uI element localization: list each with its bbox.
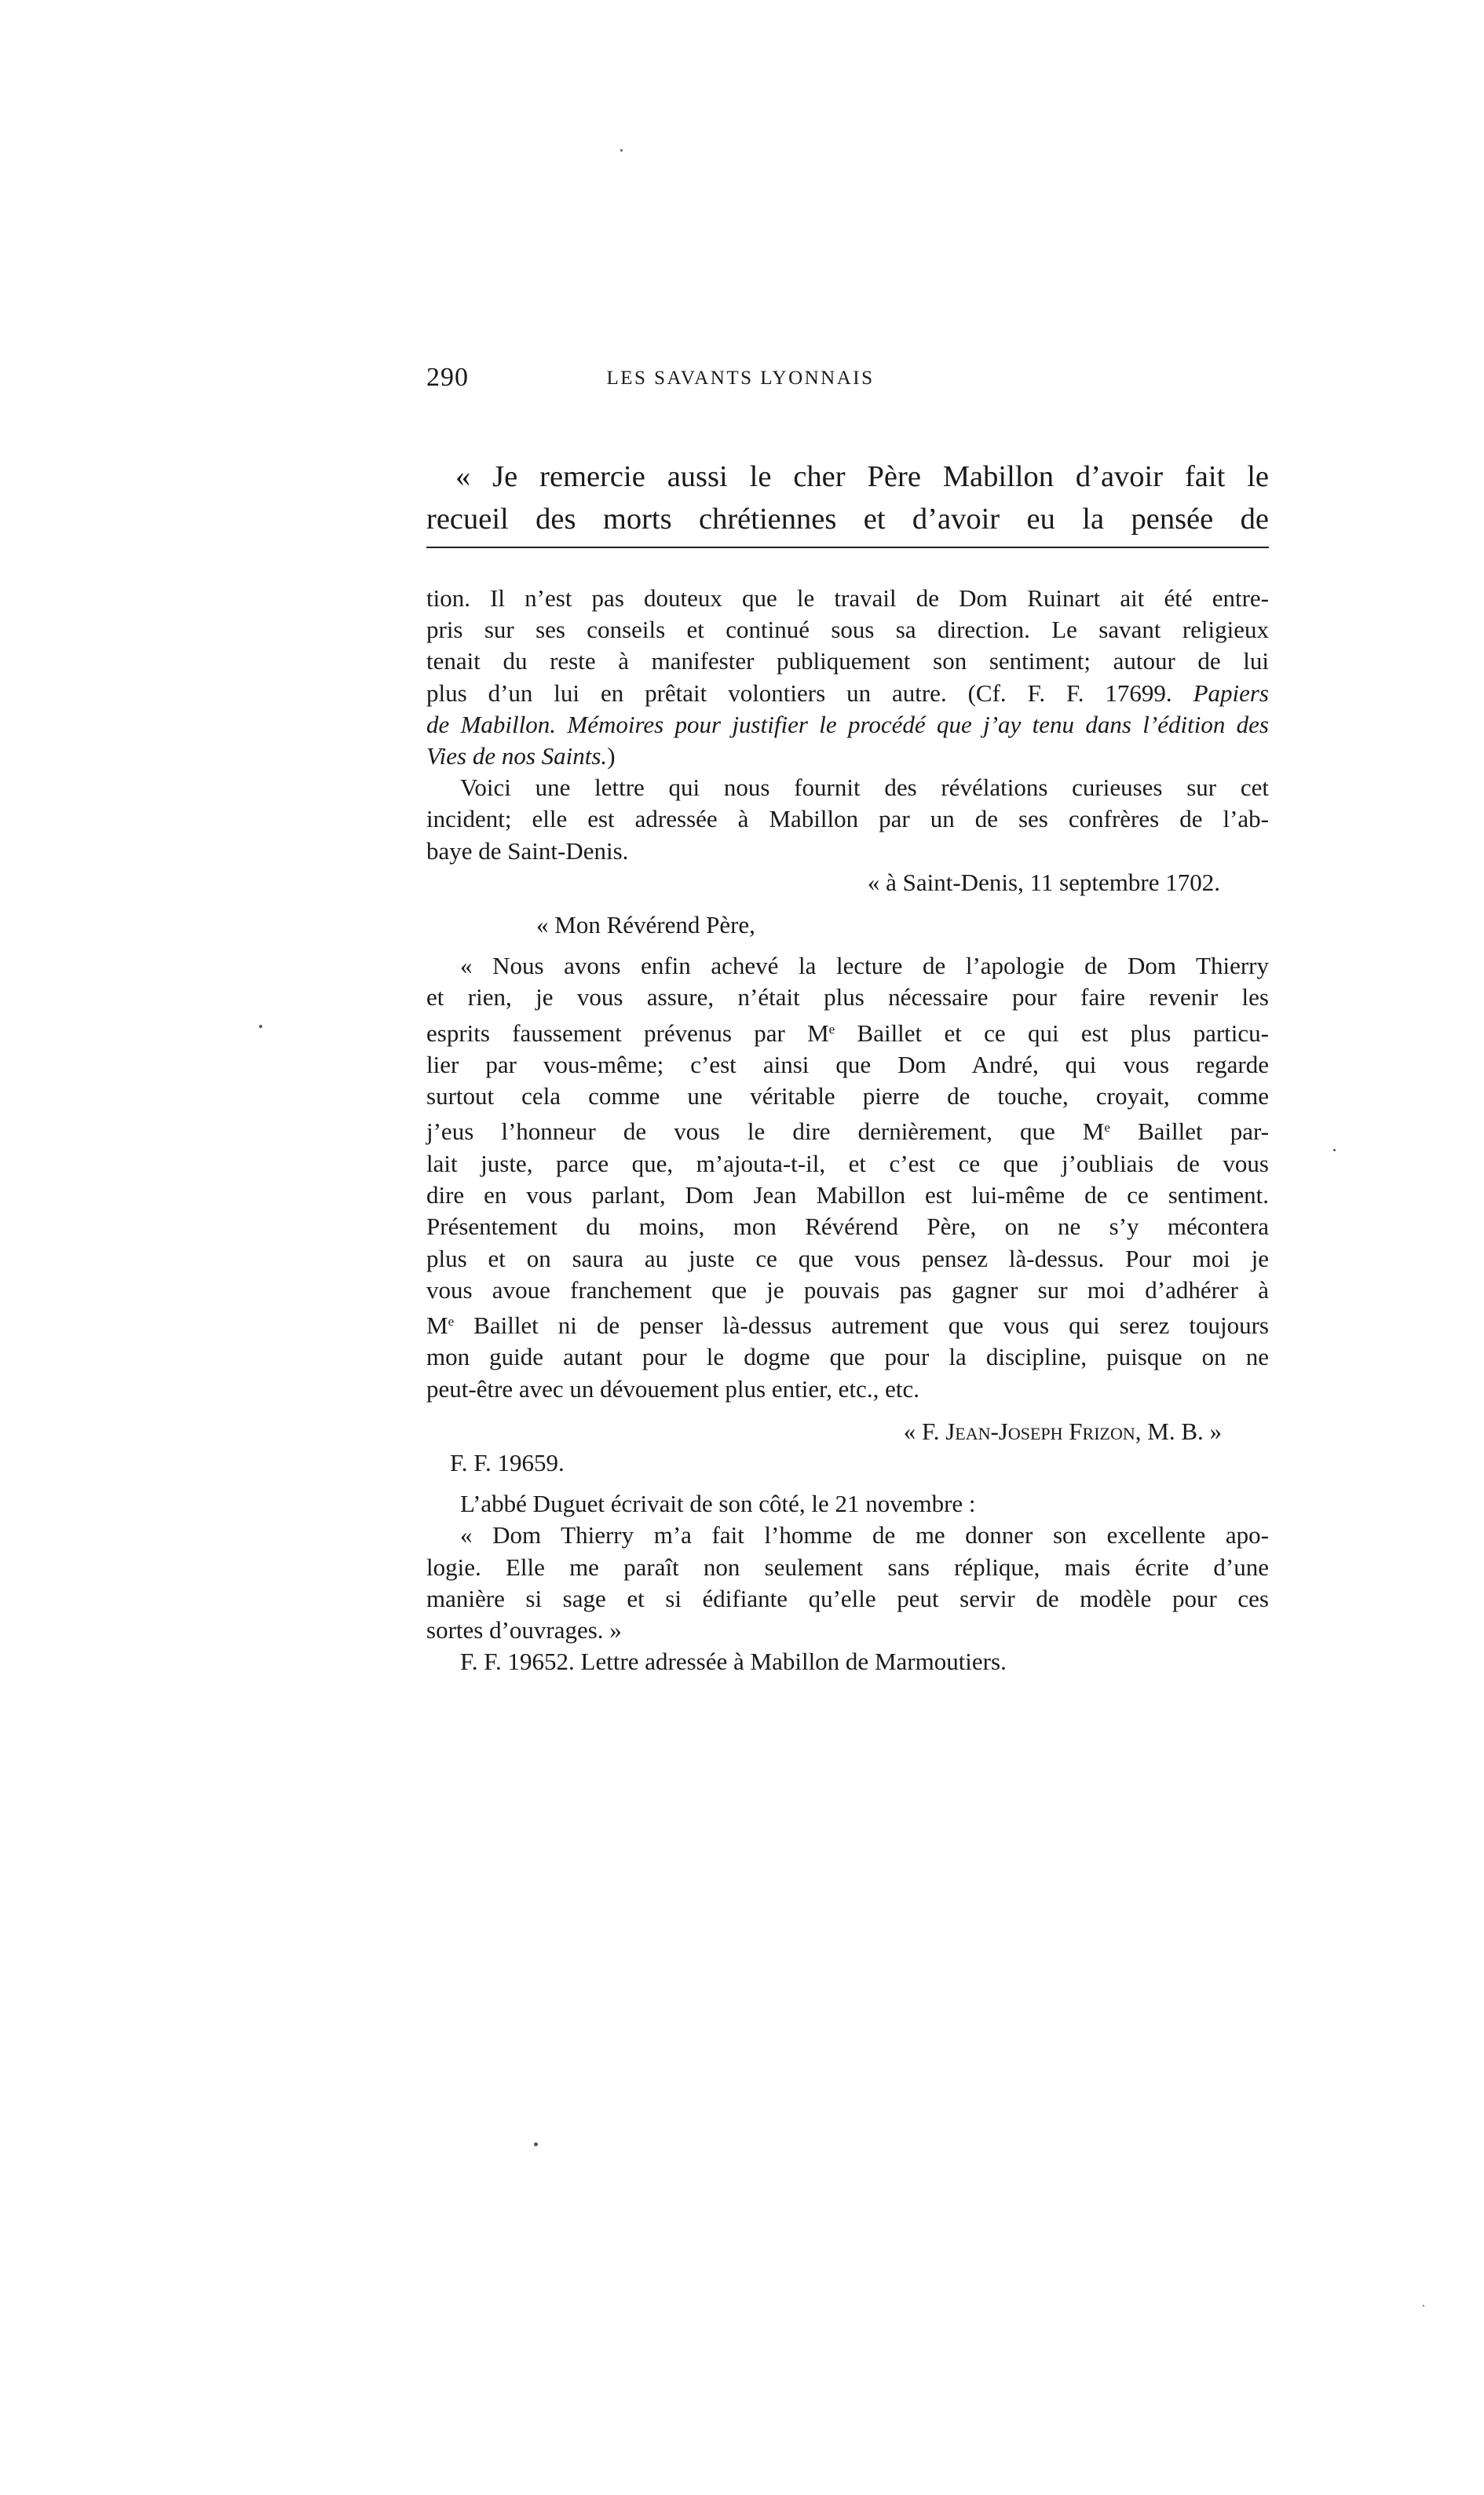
footnote-line: baye de Saint-Denis.: [426, 836, 1269, 867]
letter-text: Baillet et ce qui est plus particu-: [835, 1019, 1269, 1047]
letter-text: Baillet par-: [1110, 1118, 1269, 1146]
footnote-line: tion. Il n’est pas douteux que le travai…: [426, 583, 1269, 614]
quote-line: sortes d’ouvrages. »: [426, 1615, 1269, 1646]
letter-line: lier par vous-même; c’est ainsi que Dom …: [426, 1049, 1269, 1081]
letter-line: « Nous avons enfin achevé la lecture de …: [426, 950, 1269, 982]
letter-line: mon guide autant pour le dogme que pour …: [426, 1341, 1269, 1373]
letter-text: Baillet ni de penser là-dessus autrement…: [454, 1312, 1269, 1339]
letter-line: esprits faussement prévenus par Me Baill…: [426, 1014, 1269, 1049]
italic-title: Papiers: [1193, 679, 1269, 707]
letter-line: lait juste, parce que, m’ajouta-t-il, et…: [426, 1148, 1269, 1180]
letter-line: Me Baillet ni de penser là-dessus autrem…: [426, 1306, 1269, 1341]
footnote-line: L’abbé Duguet écrivait de son côté, le 2…: [426, 1488, 1269, 1520]
letter-text: j’eus l’honneur de vous le dire dernière…: [426, 1118, 1104, 1146]
letter-line: peut-être avec un dévouement plus entier…: [426, 1374, 1269, 1405]
main-text-line: recueil des morts chrétiennes et d’avoir…: [426, 502, 1269, 536]
source-reference: F. F. 19659.: [426, 1447, 1269, 1479]
main-text-line: « Je remercie aussi le cher Père Mabillo…: [426, 452, 1269, 502]
footnote-line: pris sur ses conseils et continué sous s…: [426, 614, 1269, 646]
italic-title: de Mabillon. Mémoires pour justifier le …: [426, 711, 1269, 738]
letter-line: surtout cela comme une véritable pierre …: [426, 1081, 1269, 1112]
scan-speck: [534, 2142, 538, 2146]
letter-line: vous avoue franchement que je pouvais pa…: [426, 1275, 1269, 1306]
footnote: tion. Il n’est pas douteux que le travai…: [426, 583, 1269, 1677]
scan-speck: [259, 1025, 262, 1028]
main-text: « Je remercie aussi le cher Père Mabillo…: [426, 452, 1269, 536]
letter-dateline: « à Saint-Denis, 11 septembre 1702.: [426, 867, 1269, 898]
letter-salutation: « Mon Révérend Père,: [426, 909, 1269, 941]
footnote-line: Voici une lettre qui nous fournit des ré…: [426, 772, 1269, 803]
letter-text: M: [426, 1312, 448, 1339]
letter-line: Présentement du moins, mon Révérend Père…: [426, 1211, 1269, 1242]
footnote-text: ): [607, 742, 615, 770]
italic-title: Vies de nos Saints.: [426, 742, 607, 770]
source-reference: F. F. 19652. Lettre adressée à Mabillon …: [426, 1646, 1269, 1677]
scan-speck: [1423, 2305, 1424, 2307]
letter-line: et rien, je vous assure, n’était plus né…: [426, 982, 1269, 1013]
letter-signature: « F. Jean-Joseph Frizon, M. B. »: [426, 1416, 1269, 1447]
scan-speck: [1333, 1149, 1336, 1151]
quote-line: manière si sage et si édifiante qu’elle …: [426, 1583, 1269, 1615]
letter-line: plus et on saura au juste ce que vous pe…: [426, 1243, 1269, 1275]
footnote-separator-rule: [426, 547, 1269, 548]
footnote-line: plus d’un lui en prêtait volontiers un a…: [426, 678, 1269, 709]
running-title: LES SAVANTS LYONNAIS: [426, 368, 1055, 390]
scan-speck: [620, 149, 623, 152]
footnote-line: de Mabillon. Mémoires pour justifier le …: [426, 709, 1269, 741]
superscript: e: [1104, 1120, 1110, 1135]
letter-text: esprits faussement prévenus par M: [426, 1019, 829, 1047]
running-head: 290 LES SAVANTS LYONNAIS: [426, 363, 1269, 394]
quote-line: logie. Elle me paraît non seulement sans…: [426, 1552, 1269, 1583]
footnote-line: Vies de nos Saints.): [426, 741, 1269, 772]
footnote-line: tenait du reste à manifester publiquemen…: [426, 646, 1269, 677]
footnote-text: plus d’un lui en prêtait volontiers un a…: [426, 679, 1193, 707]
letter-line: j’eus l’honneur de vous le dire dernière…: [426, 1112, 1269, 1147]
footnote-line: incident; elle est adressée à Mabillon p…: [426, 803, 1269, 835]
quote-line: « Dom Thierry m’a fait l’homme de me don…: [426, 1520, 1269, 1551]
superscript: e: [448, 1314, 455, 1329]
letter-line: dire en vous parlant, Dom Jean Mabillon …: [426, 1180, 1269, 1211]
